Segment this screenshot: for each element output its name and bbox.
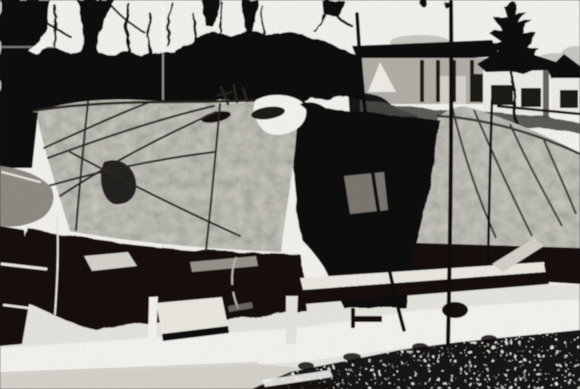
- photograph: [0, 0, 580, 389]
- film-grain-overlay: [0, 0, 580, 389]
- photo-canvas: [0, 0, 580, 389]
